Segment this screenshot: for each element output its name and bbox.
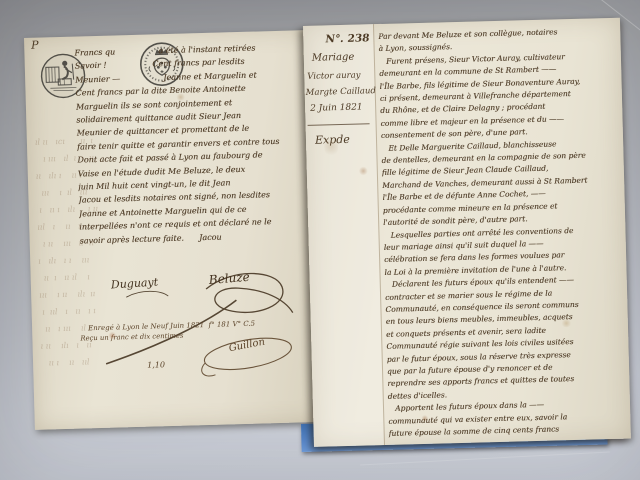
registrar-flourish — [192, 326, 303, 379]
left-manuscript-page: ıl ıı ıcı ıı ı ı ııı ıl ı ıııı ılı ı ıı … — [24, 30, 325, 430]
margin-party-groom: Victor auray — [307, 71, 360, 82]
act-number: N°. 238 — [325, 32, 370, 45]
copy-annotation: Expde — [315, 133, 350, 147]
left-page-body-text: Francs qu a été à l'instant retiréesSavo… — [74, 40, 316, 248]
notary-paraph: P — [31, 39, 39, 52]
registration-amount: 1,10 — [147, 360, 165, 369]
right-page-body-text: Par devant Me Beluze et son collègue, no… — [378, 25, 625, 440]
margin-party-bride: Margte Caillaud — [306, 86, 376, 98]
background-scratch — [360, 451, 610, 465]
right-manuscript-page: N°. 238 Mariage Victor auray Margte Cail… — [303, 18, 631, 447]
photograph-of-manuscripts: ıl ıı ıcı ıı ı ı ııı ıl ı ıııı ılı ı ıı … — [0, 0, 640, 480]
act-date: 2 Juin 1821 — [310, 102, 363, 113]
act-type: Mariage — [312, 52, 355, 64]
